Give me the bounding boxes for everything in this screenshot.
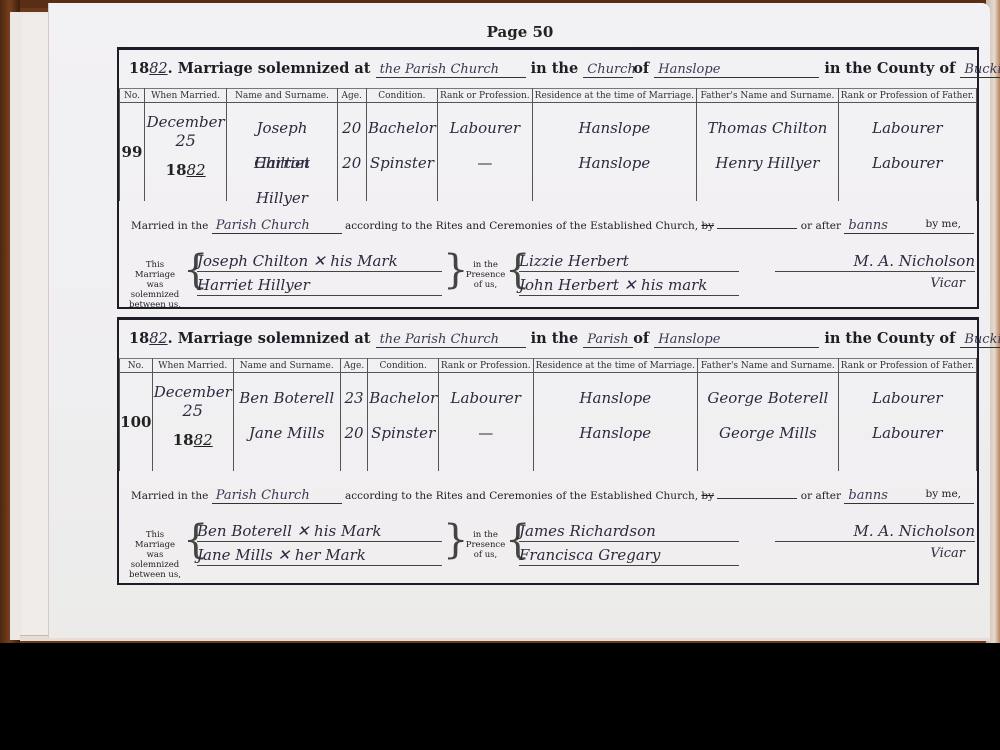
year-suffix: 82 [149, 61, 167, 77]
date-day: 25 [145, 131, 226, 151]
cell-age: 23 20 [340, 373, 368, 471]
cell-condition: Bachelor Spinster [368, 373, 438, 471]
register-page: Page 50 1882. Marriage solemnized at the… [48, 3, 990, 638]
cell-condition: Bachelor Spinster [366, 103, 437, 201]
cell-rank: Labourer — [438, 373, 533, 471]
name-groom: Ben Boterell [234, 381, 340, 416]
county-field: Buckingham [960, 332, 1000, 348]
rank-groom: Labourer [439, 381, 533, 416]
column-header-age: Age. [337, 89, 366, 103]
column-header-cond: Condition. [368, 359, 438, 373]
column-header-father: Father's Name and Surname. [697, 89, 839, 103]
cell-father-name: George Boterell George Mills [697, 373, 838, 471]
officiant-title: Vicar [885, 546, 965, 561]
date-month: December [145, 113, 226, 131]
marriage-entry: 1882. Marriage solemnized at the Parish … [117, 317, 979, 585]
column-header-father: Father's Name and Surname. [697, 359, 838, 373]
father-name-groom: George Boterell [698, 381, 838, 416]
cell-rank: Labourer — [438, 103, 533, 201]
column-header-no: No. [120, 89, 145, 103]
officiant-signature: M. A. Nicholson [775, 250, 975, 272]
column-header-frank: Rank or Profession of Father. [838, 359, 976, 373]
cell-father-rank: Labourer Labourer [838, 103, 976, 201]
column-header-name: Name and Surname. [233, 359, 340, 373]
rank-bride: — [439, 416, 533, 451]
table-header-row: No.When Married.Name and Surname.Age.Con… [120, 89, 977, 103]
name-groom: Joseph Chilton [227, 111, 336, 146]
in-presence-label: in thePresenceof us, [463, 530, 508, 560]
signature-block: This Marriagewas solemnizedbetween us, {… [125, 516, 975, 572]
cell-name: Joseph Chilton Harriet Hillyer [227, 103, 337, 201]
condition-groom: Bachelor [367, 111, 437, 146]
married-in-line: Married in the Parish Church according t… [131, 218, 969, 234]
column-header-when: When Married. [152, 359, 233, 373]
party-signature-2: Harriet Hillyer [197, 274, 442, 296]
register-table: No.When Married.Name and Surname.Age.Con… [119, 358, 977, 471]
column-header-res: Residence at the time of Marriage. [532, 89, 696, 103]
district-type-field: Parish [583, 332, 633, 348]
father-name-groom: Thomas Chilton [697, 111, 838, 146]
father-rank-bride: Labourer [839, 416, 976, 451]
place-field: the Parish Church [376, 332, 526, 348]
district-type-field: Church [583, 62, 633, 78]
marriage-entry: 1882. Marriage solemnized at the Parish … [117, 47, 979, 309]
married-in-field: Parish Church [212, 218, 342, 234]
officiant-signature: M. A. Nicholson [775, 520, 975, 542]
cell-father-rank: Labourer Labourer [838, 373, 976, 471]
column-header-age: Age. [340, 359, 368, 373]
father-rank-bride: Labourer [839, 146, 976, 181]
letterbox-bar [0, 643, 1000, 750]
solemnized-between-label: This Marriagewas solemnizedbetween us, [125, 260, 185, 310]
entry-number: 99 [120, 103, 145, 201]
father-rank-groom: Labourer [839, 381, 976, 416]
entry-headline: 1882. Marriage solemnized at the Parish … [129, 330, 971, 354]
father-rank-groom: Labourer [839, 111, 976, 146]
party-signature-1: Joseph Chilton ✕ his Mark [197, 250, 442, 272]
column-header-rank: Rank or Profession. [438, 359, 533, 373]
table-row: 100 December 25 1882 Ben Boterell Jane M… [120, 373, 977, 471]
column-header-no: No. [120, 359, 153, 373]
licence-field [717, 228, 797, 229]
party-signature-1: Ben Boterell ✕ his Mark [197, 520, 442, 542]
date-year: 1882 [153, 431, 233, 449]
signature-block: This Marriagewas solemnizedbetween us, {… [125, 246, 975, 302]
rank-groom: Labourer [438, 111, 532, 146]
in-presence-label: in thePresenceof us, [463, 260, 508, 290]
date-month: December [153, 383, 233, 401]
witness-signature-2: Francisca Gregary [519, 544, 739, 566]
entry-number: 100 [120, 373, 153, 471]
witness-signature-1: Lizzie Herbert [519, 250, 739, 272]
table-row: 99 December 25 1882 Joseph Chilton Harri… [120, 103, 977, 201]
year-suffix: 82 [149, 331, 167, 347]
column-header-rank: Rank or Profession. [438, 89, 533, 103]
age-groom: 23 [341, 381, 368, 416]
cell-age: 20 20 [337, 103, 366, 201]
cell-when-married: December 25 1882 [152, 373, 233, 471]
cell-father-name: Thomas Chilton Henry Hillyer [697, 103, 839, 201]
married-in-line: Married in the Parish Church according t… [131, 488, 969, 504]
register-table: No.When Married.Name and Surname.Age.Con… [119, 88, 977, 201]
licence-field [717, 498, 797, 499]
residence-bride: Hanslope [534, 416, 697, 451]
cell-when-married: December 25 1882 [144, 103, 226, 201]
column-header-name: Name and Surname. [227, 89, 337, 103]
residence-bride: Hanslope [533, 146, 696, 181]
age-bride: 20 [338, 146, 366, 181]
condition-bride: Spinster [367, 146, 437, 181]
condition-groom: Bachelor [368, 381, 437, 416]
entry-headline: 1882. Marriage solemnized at the Parish … [129, 60, 971, 84]
party-signature-2: Jane Mills ✕ her Mark [197, 544, 442, 566]
date-day: 25 [153, 401, 233, 421]
married-in-field: Parish Church [212, 488, 342, 504]
county-field: Buckingham [960, 62, 1000, 78]
column-header-cond: Condition. [366, 89, 437, 103]
solemnized-between-label: This Marriagewas solemnizedbetween us, [125, 530, 185, 580]
condition-bride: Spinster [368, 416, 437, 451]
column-header-res: Residence at the time of Marriage. [533, 359, 697, 373]
table-header-row: No.When Married.Name and Surname.Age.Con… [120, 359, 977, 373]
cell-name: Ben Boterell Jane Mills [233, 373, 340, 471]
column-header-when: When Married. [144, 89, 226, 103]
witness-signature-2: John Herbert ✕ his mark [519, 274, 739, 296]
date-year: 1882 [145, 161, 226, 179]
witness-signature-1: James Richardson [519, 520, 739, 542]
age-groom: 20 [338, 111, 366, 146]
cell-residence: Hanslope Hanslope [532, 103, 696, 201]
residence-groom: Hanslope [533, 111, 696, 146]
father-name-bride: George Mills [698, 416, 838, 451]
place-field: the Parish Church [376, 62, 526, 78]
rank-bride: — [438, 146, 532, 181]
name-bride: Jane Mills [234, 416, 340, 451]
district-field: Hanslope [654, 332, 819, 348]
name-bride: Harriet Hillyer [227, 146, 336, 181]
father-name-bride: Henry Hillyer [697, 146, 838, 181]
column-header-frank: Rank or Profession of Father. [838, 89, 976, 103]
age-bride: 20 [341, 416, 368, 451]
officiant-title: Vicar [885, 276, 965, 291]
residence-groom: Hanslope [534, 381, 697, 416]
cell-residence: Hanslope Hanslope [533, 373, 697, 471]
district-field: Hanslope [654, 62, 819, 78]
register-photo: Page 50 1882. Marriage solemnized at the… [0, 0, 1000, 643]
page-number: Page 50 [49, 23, 991, 41]
